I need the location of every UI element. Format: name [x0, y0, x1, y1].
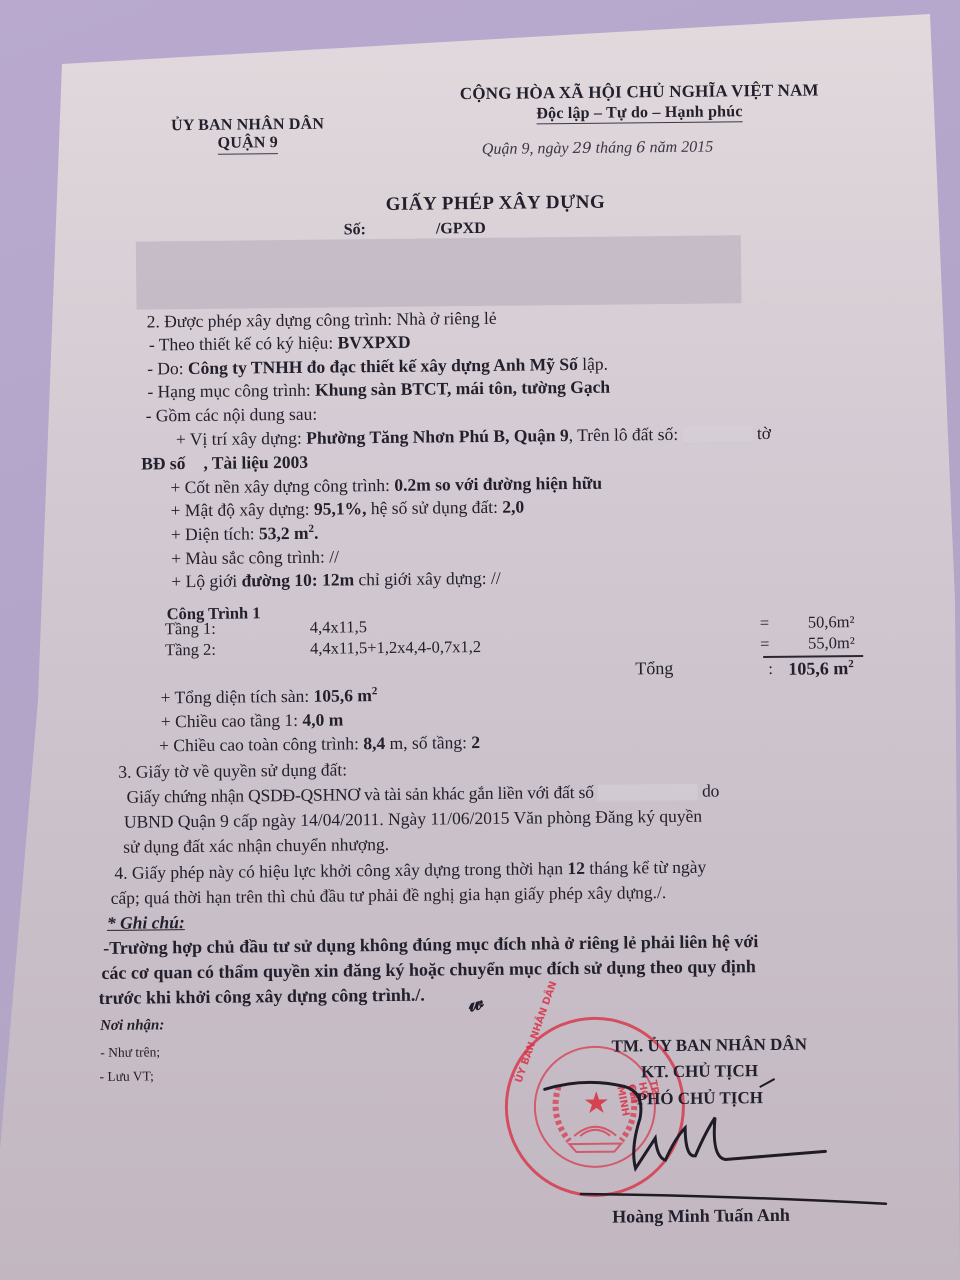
floor-formula: 4,4x11,5+1,2x4,4-0,7x1,2 [310, 637, 481, 659]
section3-line2: UBND Quận 9 cấp ngày 14/04/2011. Ngày 11… [124, 806, 702, 833]
recipients-list: - Như trên;- Lưu VT; [0, 0, 953, 5]
date-day: 29 [572, 139, 591, 157]
note-line1: -Trường hợp chủ đầu tư sử dụng không đún… [103, 931, 758, 959]
equals-sign: = [760, 613, 770, 633]
designer-line: - Do: Công ty TNHH đo đạc thiết kế xây d… [147, 354, 608, 380]
location-line: + Vị trí xây dựng: Phường Tăng Nhơn Phú … [176, 423, 771, 450]
floor-area-line: + Tổng diện tích sàn: 105,6 m2 [160, 685, 377, 708]
document-title: GIẤY PHÉP XÂY DỰNG [295, 191, 695, 217]
recipient-item: - Lưu VT; [99, 1068, 153, 1085]
section3-line3: sử dụng đất xác nhận chuyển nhượng. [123, 834, 389, 858]
section4-line2: cấp; quá thời hạn trên thì chủ đầu tư ph… [111, 882, 667, 909]
floor1-height-line: + Chiều cao tầng 1: 4,0 m [161, 709, 344, 732]
total-label: Tổng [635, 658, 673, 679]
density-line: + Mật độ xây dựng: 95,1%, hệ số sử dụng … [171, 497, 525, 522]
recipients-heading: Nơi nhận: [100, 1017, 165, 1035]
total-value: 105,6 m2 [788, 658, 854, 680]
category-line: - Hạng mục công trình: Khung sàn BTCT, m… [147, 377, 610, 403]
table-row [0, 0, 953, 5]
floor-area: 50,6m² [808, 612, 855, 632]
road-line: + Lộ giới đường 10: 12m chỉ giới xây dựn… [171, 568, 501, 592]
total-height-line: + Chiều cao toàn công trình: 8,4 m, số t… [159, 732, 480, 756]
recipient-item: - Như trên; [100, 1044, 160, 1061]
table-row [0, 0, 953, 5]
signature-title-1: TM. ỦY BAN NHÂN DÂN [549, 1034, 869, 1057]
foundation-line: + Cốt nền xây dựng công trình: 0.2m so v… [170, 473, 602, 499]
issue-date: Quận 9, ngày 29 tháng 6 năm 2015 [482, 138, 713, 159]
date-month: 6 [636, 138, 646, 156]
section3-heading: 3. Giấy tờ về quyền sử dụng đất: [118, 759, 347, 782]
works-table: Tầng 1:4,4x11,5=50,6m²Tầng 2:4,4x11,5+1,… [0, 0, 953, 5]
includes-line: - Gồm các nội dung sau: [146, 404, 318, 427]
redacted-lot-number [682, 427, 752, 445]
floor-label: Tầng 2: [165, 640, 216, 661]
map-line: BĐ số, Tài liệu 2003 [141, 452, 308, 475]
section3-line1: Giấy chứng nhận QSDĐ-QSHNƠ và tài sản kh… [127, 781, 720, 808]
floor-label: Tầng 1: [165, 619, 216, 640]
design-code-line: - Theo thiết kế có ký hiệu: BVXPXD [149, 332, 411, 356]
initial-mark-icon: 𝓌 [465, 988, 487, 1017]
section4-line1: 4. Giấy phép này có hiệu lực khởi công x… [114, 857, 706, 884]
document-content: ỦY BAN NHÂN DÂN QUẬN 9 CỘNG HÒA XÃ HỘI C… [0, 0, 960, 1280]
total-sep: : [768, 659, 773, 679]
section2-line1: 2. Được phép xây dựng công trình: Nhà ở … [147, 308, 497, 333]
issuer-line1: ỦY BAN NHÂN DÂN [163, 116, 333, 136]
area-line: + Diện tích: 53,2 m2. [171, 523, 319, 546]
note-line3: trước khi khởi công xây dựng công trình.… [99, 985, 425, 1009]
signer-name: Hoàng Minh Tuấn Anh [571, 1204, 831, 1228]
national-header: CỘNG HÒA XÃ HỘI CHỦ NGHĨA VIỆT NAM Độc l… [424, 80, 854, 126]
handwritten-signature-icon [525, 1076, 906, 1210]
issuer-line2: QUẬN 9 [218, 134, 279, 155]
note-heading: * Ghi chú: [107, 912, 185, 934]
color-line: + Màu sắc công trình: // [171, 546, 339, 569]
nation-motto: Độc lập – Tự do – Hạnh phúc [536, 103, 743, 124]
document-number: Số:/GPXD [344, 220, 486, 239]
floor-formula: 4,4x11,5 [310, 617, 367, 638]
floor-area: 55,0m² [808, 633, 855, 653]
note-line2: các cơ quan có thẩm quyền xin đăng ký ho… [101, 956, 756, 984]
issuer-header: ỦY BAN NHÂN DÂN QUẬN 9 [163, 116, 333, 156]
equals-sign: = [760, 634, 770, 654]
date-year: 2015 [681, 139, 713, 156]
redacted-certificate-number [598, 784, 698, 802]
redacted-region [136, 235, 742, 309]
